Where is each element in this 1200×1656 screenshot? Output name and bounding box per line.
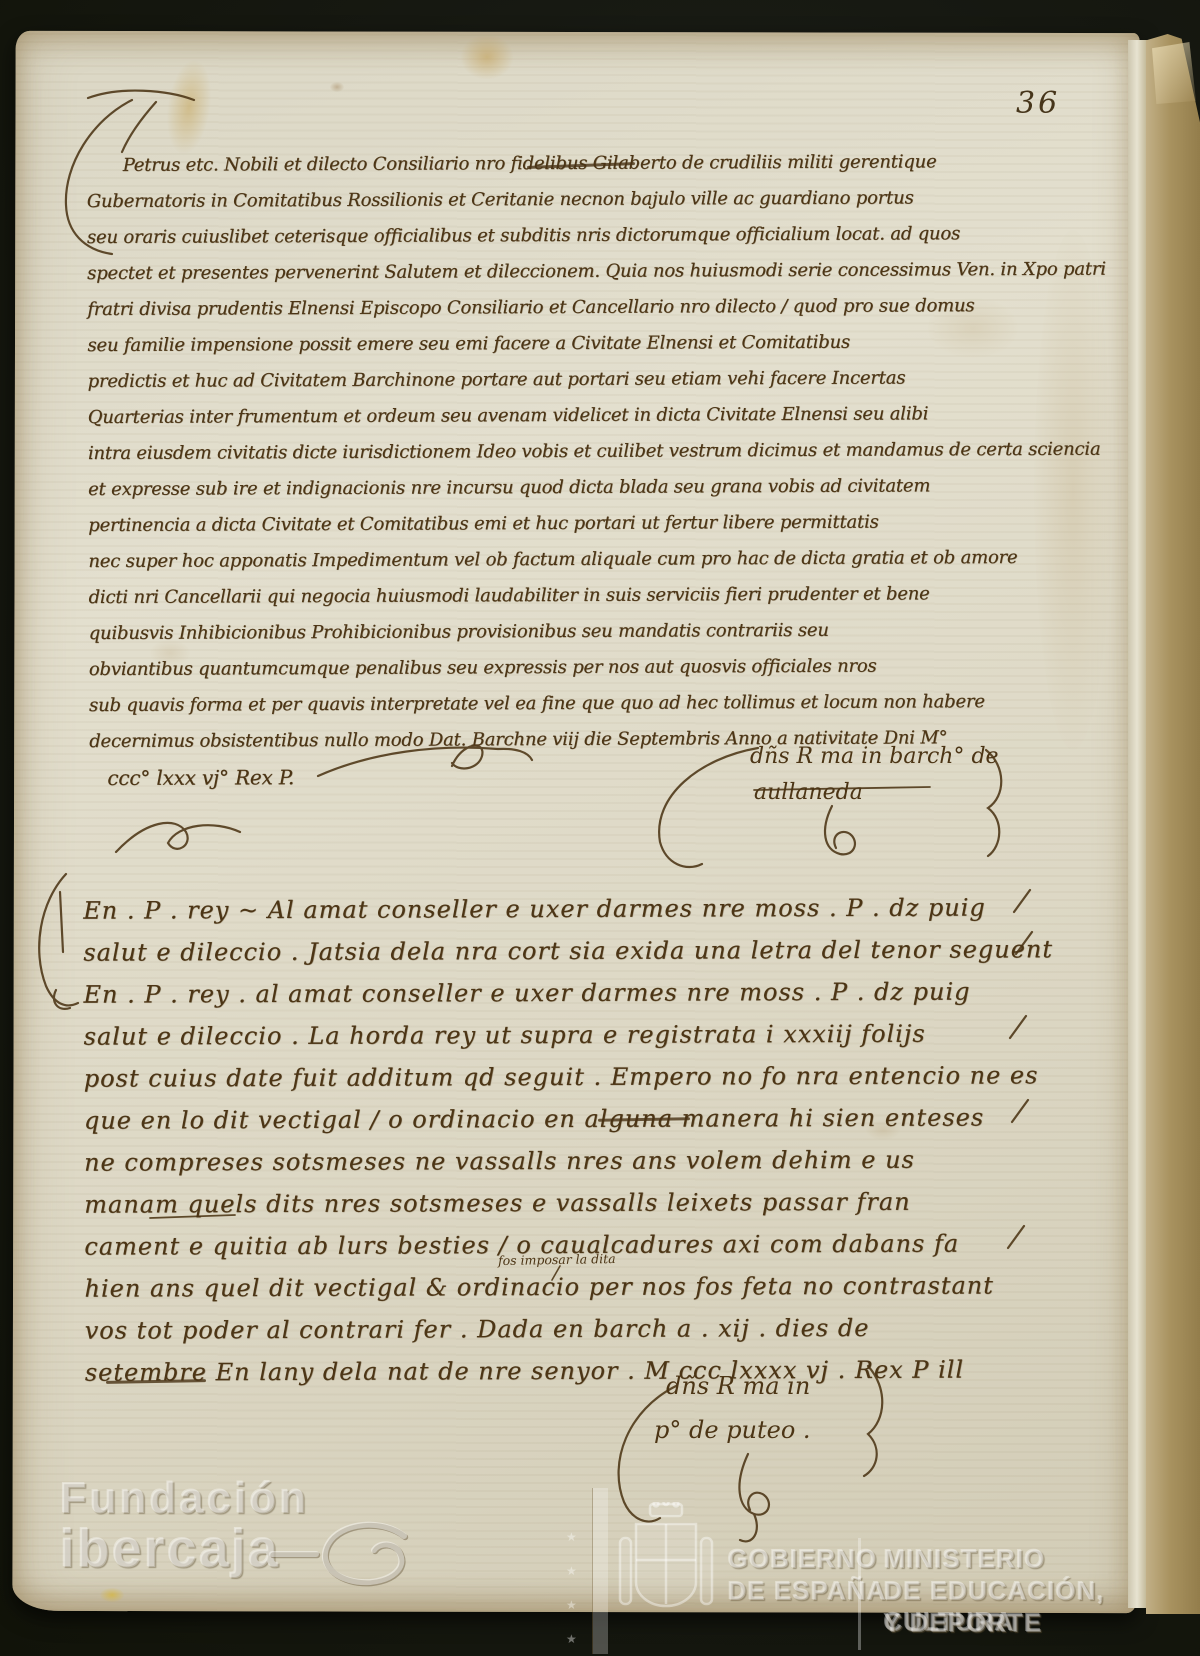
manuscript-line: fratri divisa prudentis Elnensi Episcopo…: [87, 288, 1031, 328]
chancery-note-bottom-line2: p° de puteo .: [654, 1416, 811, 1444]
manuscript-line: seu oraris cuiuslibet ceterisque officia…: [87, 216, 1031, 256]
manuscript-line: Quarterias inter frumentum et ordeum seu…: [88, 396, 1032, 436]
chancery-note-right-line1: dñs R ma in barch° de: [750, 744, 999, 769]
manuscript-line: dicti nri Cancellarii qui negocia huiusm…: [88, 576, 1032, 616]
manuscript-line: salut e dileccio . Jatsia dela nra cort …: [83, 928, 1033, 973]
manuscript-line: ne compreses sotsmeses ne vassalls nres …: [84, 1138, 1034, 1183]
chancery-note-bottom-line1: dñs R ma in: [666, 1372, 810, 1400]
manuscript-line: hien ans quel dit vectigal & ordinacio p…: [84, 1264, 1034, 1309]
folio-number: 36: [1016, 86, 1060, 121]
chancery-note-right-line2: aullaneda: [754, 780, 863, 805]
manuscript-line: que en lo dit vectigal / o ordinacio en …: [84, 1096, 1034, 1141]
manuscript-line: post cuius date fuit additum qd seguit .…: [84, 1054, 1034, 1099]
parchment-fold-corner: [1152, 42, 1196, 104]
manuscript-line: nec super hoc apponatis Impedimentum vel…: [88, 540, 1032, 580]
manuscript-line: obviantibus quantumcumque penalibus seu …: [89, 648, 1033, 688]
manuscript-line: pertinencia a dicta Civitate et Comitati…: [88, 504, 1032, 544]
manuscript-line: Gubernatoris in Comitatibus Rossilionis …: [87, 180, 1031, 220]
manuscript-line: En . P . rey ~ Al amat conseller e uxer …: [83, 886, 1033, 931]
manuscript-line: et expresse sub ire et indignacionis nre…: [88, 468, 1032, 508]
manuscript-photo: 36 Petrus etc. Nobili et dilecto Consili…: [0, 0, 1200, 1656]
manuscript-line: predictis et huc ad Civitatem Barchinone…: [88, 360, 1032, 400]
manuscript-line: Petrus etc. Nobili et dilecto Consiliari…: [87, 144, 1031, 184]
manuscript-line: setembre En lany dela nat de nre senyor …: [85, 1348, 1035, 1393]
latin-letter-block: Petrus etc. Nobili et dilecto Consiliari…: [87, 144, 1034, 796]
manuscript-line: vos tot poder al contrari fer . Dada en …: [85, 1306, 1035, 1351]
page-edge-stack: [1128, 40, 1148, 1608]
watermark-divider: [858, 1538, 861, 1650]
interlinear-addition: fos imposar la dita: [498, 1251, 616, 1268]
manuscript-line: quibusvis Inhibicionibus Prohibicionibus…: [89, 612, 1033, 652]
catalan-letter-block: En . P . rey ~ Al amat conseller e uxer …: [83, 886, 1035, 1393]
manuscript-line: sub quavis forma et per quavis interpret…: [89, 684, 1033, 724]
manuscript-line: spectet et presentes pervenerint Salutem…: [87, 252, 1031, 292]
manuscript-line: En . P . rey . al amat conseller e uxer …: [83, 970, 1033, 1015]
manuscript-line: salut e dileccio . La horda rey ut supra…: [84, 1012, 1034, 1057]
manuscript-line: manam quels dits nres sotsmeses e vassal…: [84, 1180, 1034, 1225]
manuscript-line: intra eiusdem civitatis dicte iurisdicti…: [88, 432, 1032, 472]
parchment-strip: [1146, 34, 1200, 1614]
manuscript-line: seu familie impensione possit emere seu …: [87, 324, 1031, 364]
